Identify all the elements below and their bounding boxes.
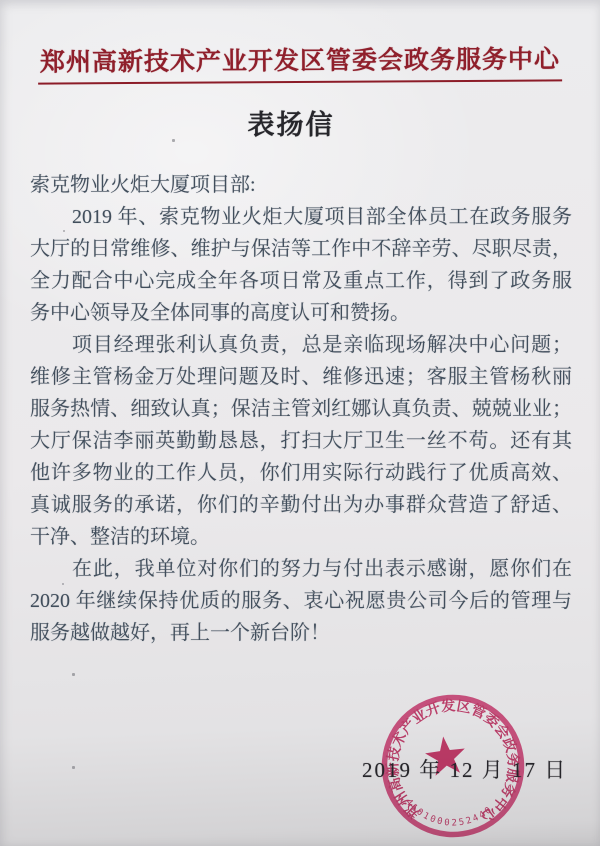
body-line: 真诚服务的承诺，你们的辛勤付出为办事群众营造了舒适、	[30, 489, 572, 521]
body-line: 项目经理张利认真负责，总是亲临现场解决中心问题；	[30, 329, 572, 361]
body-line: 维修主管杨金万处理问题及时、维修迅速；客服主管杨秋丽	[30, 361, 572, 393]
letter-body: 索克物业火炬大厦项目部: 2019 年、索克物业火炬大厦项目部全体员工在政务服务…	[30, 169, 572, 649]
body-line: 全力配合中心完成全年各项日常及重点工作，得到了政务服	[30, 265, 572, 297]
body-line: 2020 年继续保持优质的服务、衷心祝愿贵公司今后的管理与	[30, 585, 572, 617]
body-line: 在此，我单位对你们的努力与付出表示感谢，愿你们在	[30, 553, 572, 585]
body-line: 2019 年、索克物业火炬大厦项目部全体员工在政务服务	[30, 201, 572, 233]
body-line: 大厅的日常维修、维护与保洁等工作中不辞辛劳、尽职尽责，	[30, 233, 572, 265]
body-line: 干净、整洁的环境。	[30, 521, 572, 553]
scan-speck	[63, 230, 65, 232]
scan-speck	[172, 139, 175, 142]
body-line: 服务越做越好，再上一个新台阶！	[30, 617, 572, 649]
letter-date: 2019 年 12 月 17 日	[362, 754, 567, 784]
body-line: 服务热情、细致认真；保洁主管刘红娜认真负责、兢兢业业；	[30, 393, 572, 425]
body-line: 大厅保洁李丽英勤勤恳恳，打扫大厅卫生一丝不苟。还有其	[30, 425, 572, 457]
paragraph-lines: 2019 年、索克物业火炬大厦项目部全体员工在政务服务大厅的日常维修、维护与保洁…	[30, 201, 572, 649]
letter-title: 表扬信	[0, 103, 582, 142]
scan-speck	[72, 673, 75, 676]
body-line: 务中心领导及全体同事的高度认可和赞扬。	[30, 297, 572, 329]
org-header-text: 郑州高新技术产业开发区管委会政务服务中心	[38, 39, 562, 84]
body-line: 他许多物业的工作人员，你们用实际行动践行了优质高效、	[30, 457, 572, 489]
scan-speck	[72, 766, 75, 769]
salutation: 索克物业火炬大厦项目部:	[30, 169, 572, 201]
scanned-letter-page: 郑州高新技术产业开发区管委会政务服务中心 表扬信 索克物业火炬大厦项目部: 20…	[0, 0, 600, 846]
org-header: 郑州高新技术产业开发区管委会政务服务中心	[0, 39, 600, 85]
scan-speck	[62, 583, 64, 585]
